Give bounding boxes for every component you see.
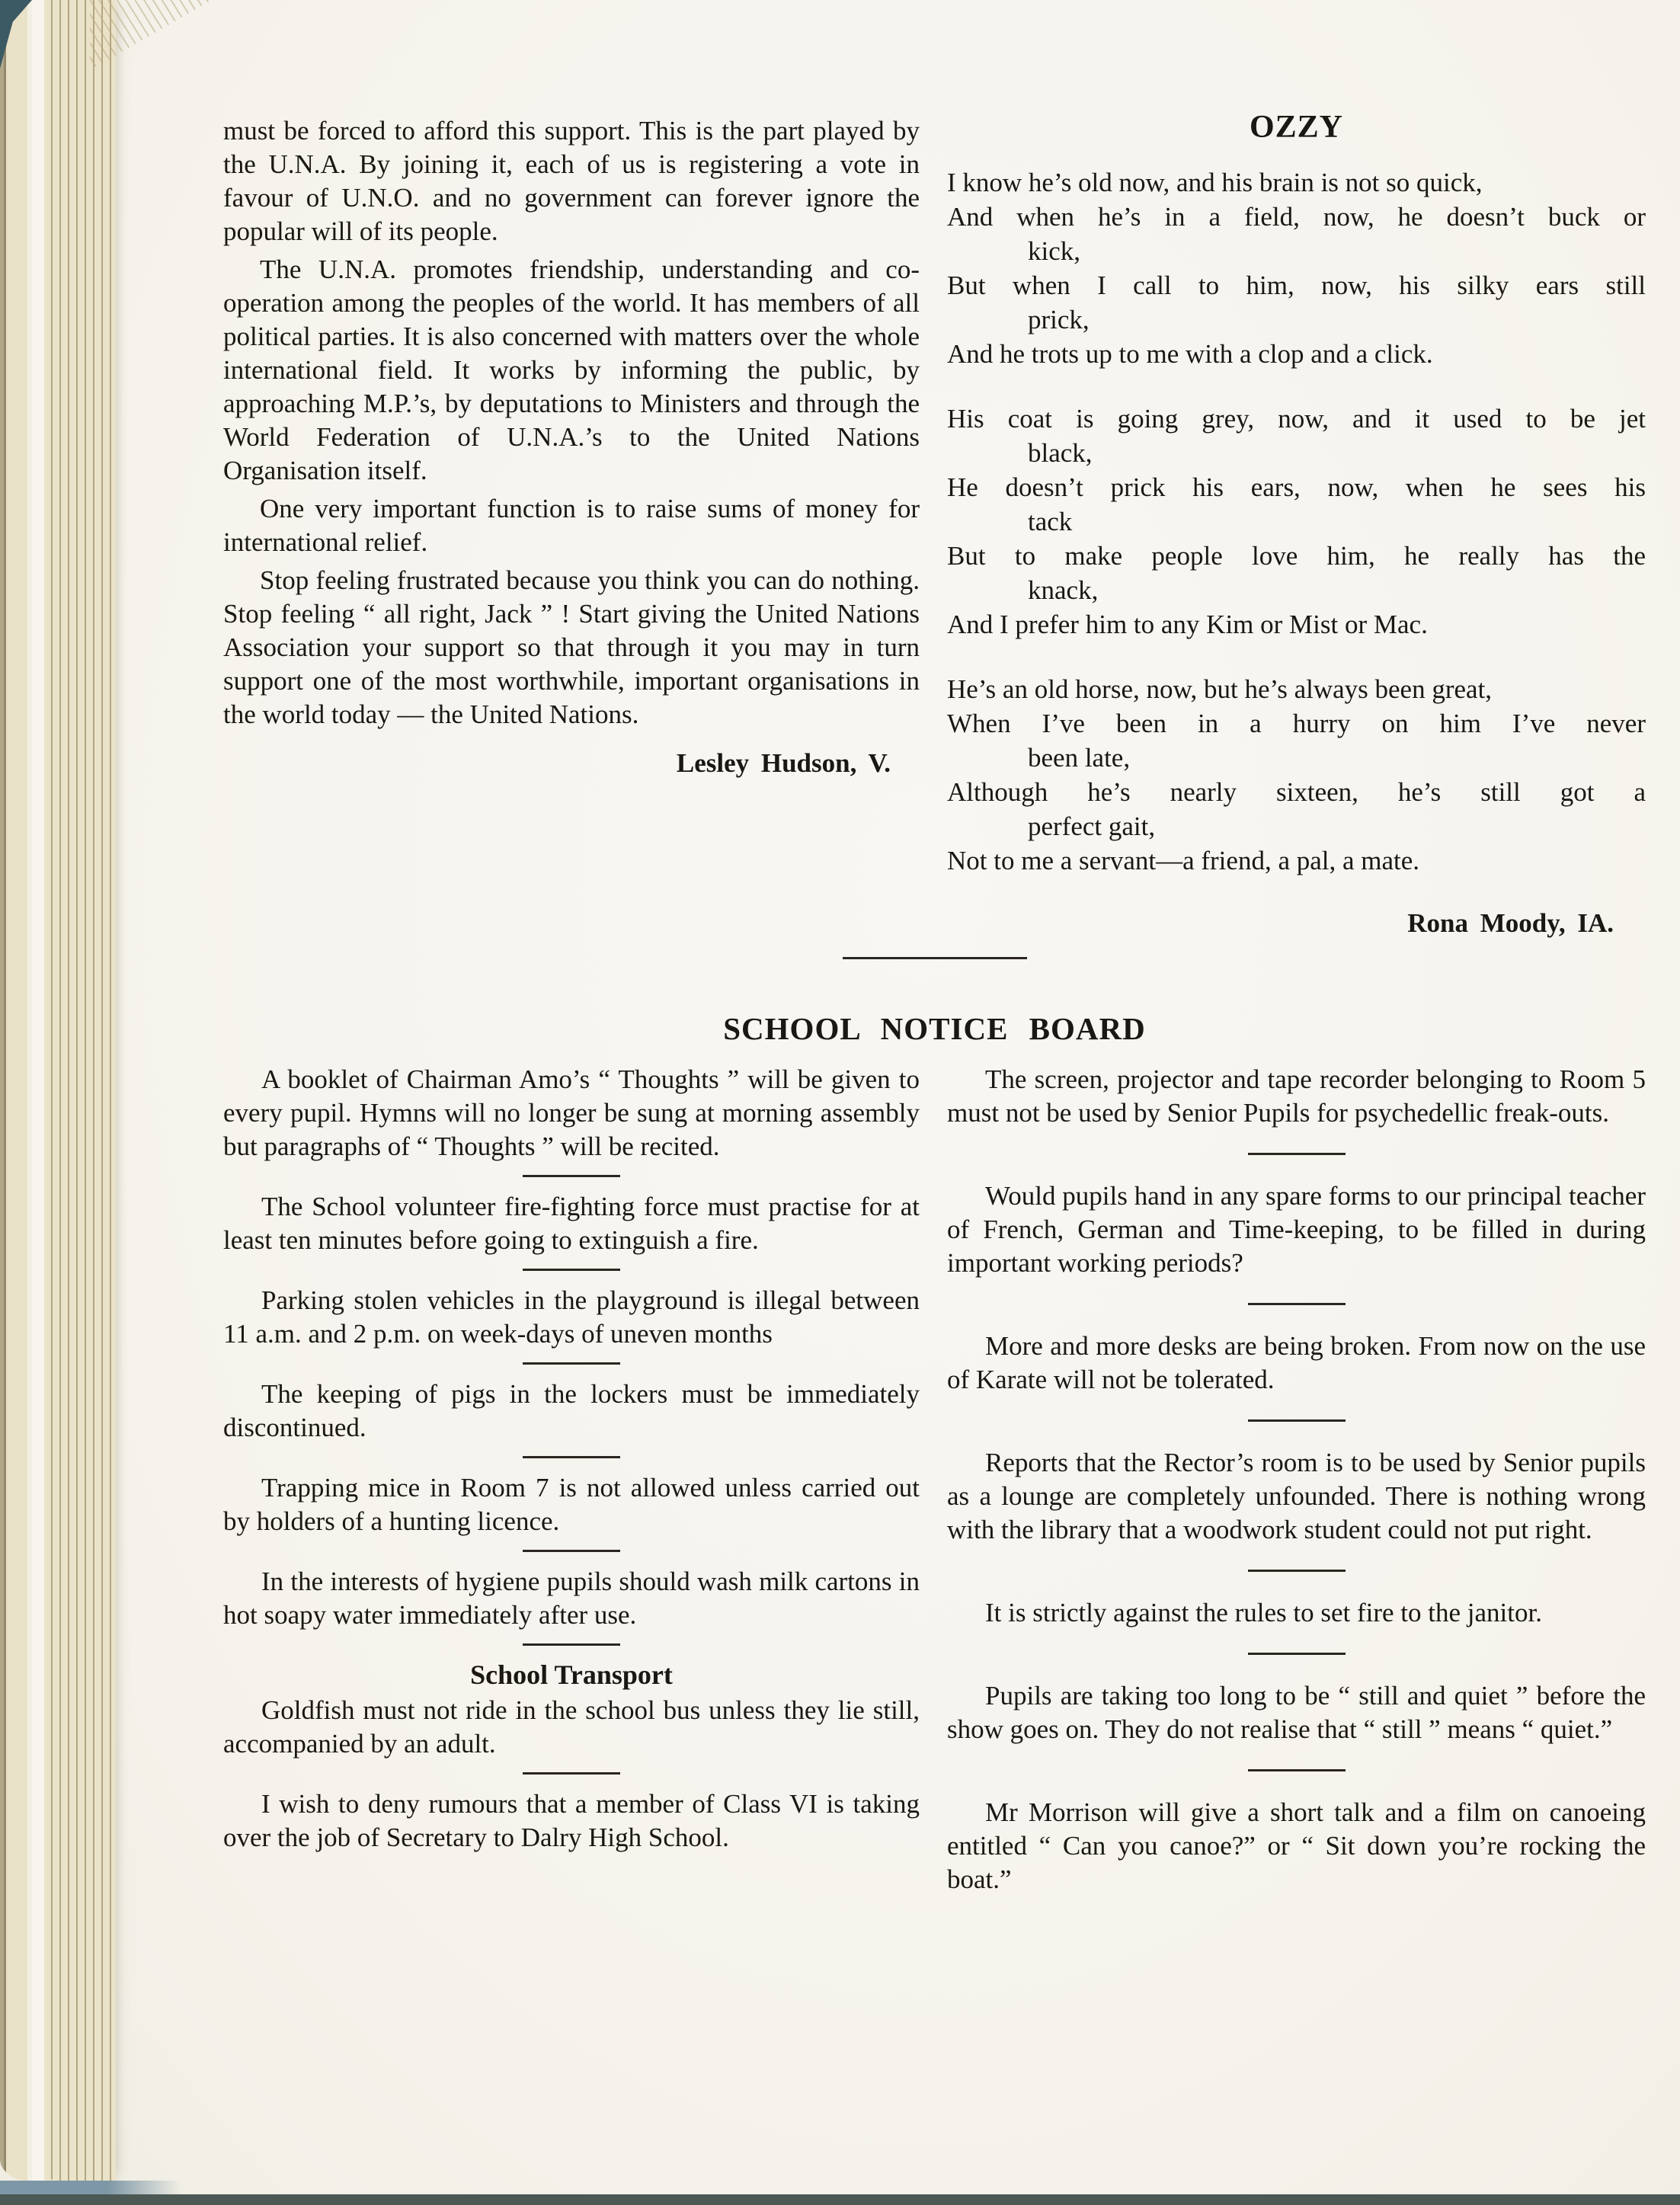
notice-item: Parking stolen vehicles in the playgroun… xyxy=(223,1284,920,1351)
scanner-background-band xyxy=(0,2194,1680,2205)
poem-line: He’s an old horse, now, but he’s always … xyxy=(947,672,1646,706)
poem-line: tack xyxy=(947,504,1646,539)
poem-line: knack, xyxy=(947,573,1646,607)
poem-line: And when he’s in a field, now, he doesn’… xyxy=(947,200,1646,234)
poem-line: And he trots up to me with a clop and a … xyxy=(947,337,1646,371)
notice-divider-rule xyxy=(1248,1419,1346,1422)
notice-divider-rule xyxy=(523,1362,620,1365)
poem-line: perfect gait, xyxy=(947,809,1646,843)
notice-divider-rule xyxy=(523,1269,620,1271)
poem-line: kick, xyxy=(947,234,1646,268)
poem-line: When I’ve been in a hurry on him I’ve ne… xyxy=(947,706,1646,741)
notice-divider-rule xyxy=(523,1550,620,1552)
notice-item: More and more desks are being broken. Fr… xyxy=(947,1330,1646,1397)
poem-line: prick, xyxy=(947,302,1646,337)
notice-divider-rule xyxy=(523,1643,620,1646)
poem-stanza: I know he’s old now, and his brain is no… xyxy=(947,165,1646,371)
notice-item: Pupils are taking too long to be “ still… xyxy=(947,1679,1646,1746)
article-paragraph: The U.N.A. promotes friendship, understa… xyxy=(223,253,920,488)
page-curl-top xyxy=(90,0,212,70)
notice-item: I wish to deny rumours that a member of … xyxy=(223,1787,920,1855)
notice-divider-rule xyxy=(523,1772,620,1775)
notice-divider-rule xyxy=(1248,1303,1346,1305)
article-paragraph: One very important function is to raise … xyxy=(223,492,920,559)
notice-board-title: SCHOOL NOTICE BOARD xyxy=(223,1010,1646,1047)
notice-item: Mr Morrison will give a short talk and a… xyxy=(947,1796,1646,1896)
notice-divider-rule xyxy=(1248,1769,1346,1771)
poem-title: OZZY xyxy=(947,109,1646,146)
notice-divider-rule xyxy=(523,1456,620,1458)
article-paragraph: must be forced to afford this support. T… xyxy=(223,114,920,248)
poem-line: But to make people love him, he really h… xyxy=(947,539,1646,573)
poem-line: I know he’s old now, and his brain is no… xyxy=(947,165,1646,200)
poem-signature: Rona Moody, IA. xyxy=(947,908,1646,939)
poem-line: But when I call to him, now, his silky e… xyxy=(947,268,1646,302)
poem-line: been late, xyxy=(947,741,1646,775)
page-edge-lines xyxy=(44,0,116,2182)
notice-divider-rule xyxy=(1248,1153,1346,1155)
notice-item: The School volunteer fire-fighting force… xyxy=(223,1190,920,1257)
section-divider-rule xyxy=(843,957,1027,959)
notice-item: Reports that the Rector’s room is to be … xyxy=(947,1446,1646,1547)
notice-item: The keeping of pigs in the lockers must … xyxy=(223,1378,920,1445)
notice-divider-rule xyxy=(1248,1570,1346,1572)
scanned-magazine-page: must be forced to afford this support. T… xyxy=(0,0,1680,2205)
una-article: must be forced to afford this support. T… xyxy=(223,114,920,779)
notice-board-left-column: A booklet of Chairman Amo’s “ Thoughts ”… xyxy=(223,1063,920,1855)
article-paragraphs: must be forced to afford this support. T… xyxy=(223,114,920,731)
poem-stanza: He’s an old horse, now, but he’s always … xyxy=(947,672,1646,878)
notice-item: Trapping mice in Room 7 is not allowed u… xyxy=(223,1471,920,1538)
article-signature: Lesley Hudson, V. xyxy=(223,748,920,779)
notice-board-right-column: The screen, projector and tape recorder … xyxy=(947,1063,1646,1896)
notice-item: Goldfish must not ride in the school bus… xyxy=(223,1694,920,1761)
notice-subheading: School Transport xyxy=(223,1659,920,1691)
poem-line: And I prefer him to any Kim or Mist or M… xyxy=(947,607,1646,642)
poem-body: I know he’s old now, and his brain is no… xyxy=(947,165,1646,878)
poem-line: black, xyxy=(947,436,1646,470)
notice-item: The screen, projector and tape recorder … xyxy=(947,1063,1646,1130)
poem-stanza: His coat is going grey, now, and it used… xyxy=(947,402,1646,642)
poem-line: Although he’s nearly sixteen, he’s still… xyxy=(947,775,1646,809)
notice-divider-rule xyxy=(523,1175,620,1177)
poem-line: Not to me a servant—a friend, a pal, a m… xyxy=(947,843,1646,878)
article-paragraph: Stop feeling frustrated because you thin… xyxy=(223,564,920,731)
notice-item: In the interests of hygiene pupils shoul… xyxy=(223,1565,920,1632)
poem-line: His coat is going grey, now, and it used… xyxy=(947,402,1646,436)
book-page-stack-edge xyxy=(0,0,116,2182)
notice-item: Would pupils hand in any spare forms to … xyxy=(947,1179,1646,1280)
notice-item: A booklet of Chairman Amo’s “ Thoughts ”… xyxy=(223,1063,920,1163)
notice-divider-rule xyxy=(1248,1653,1346,1655)
ozzy-poem: OZZY I know he’s old now, and his brain … xyxy=(947,109,1646,939)
poem-line: He doesn’t prick his ears, now, when he … xyxy=(947,470,1646,504)
notice-item: It is strictly against the rules to set … xyxy=(947,1596,1646,1630)
